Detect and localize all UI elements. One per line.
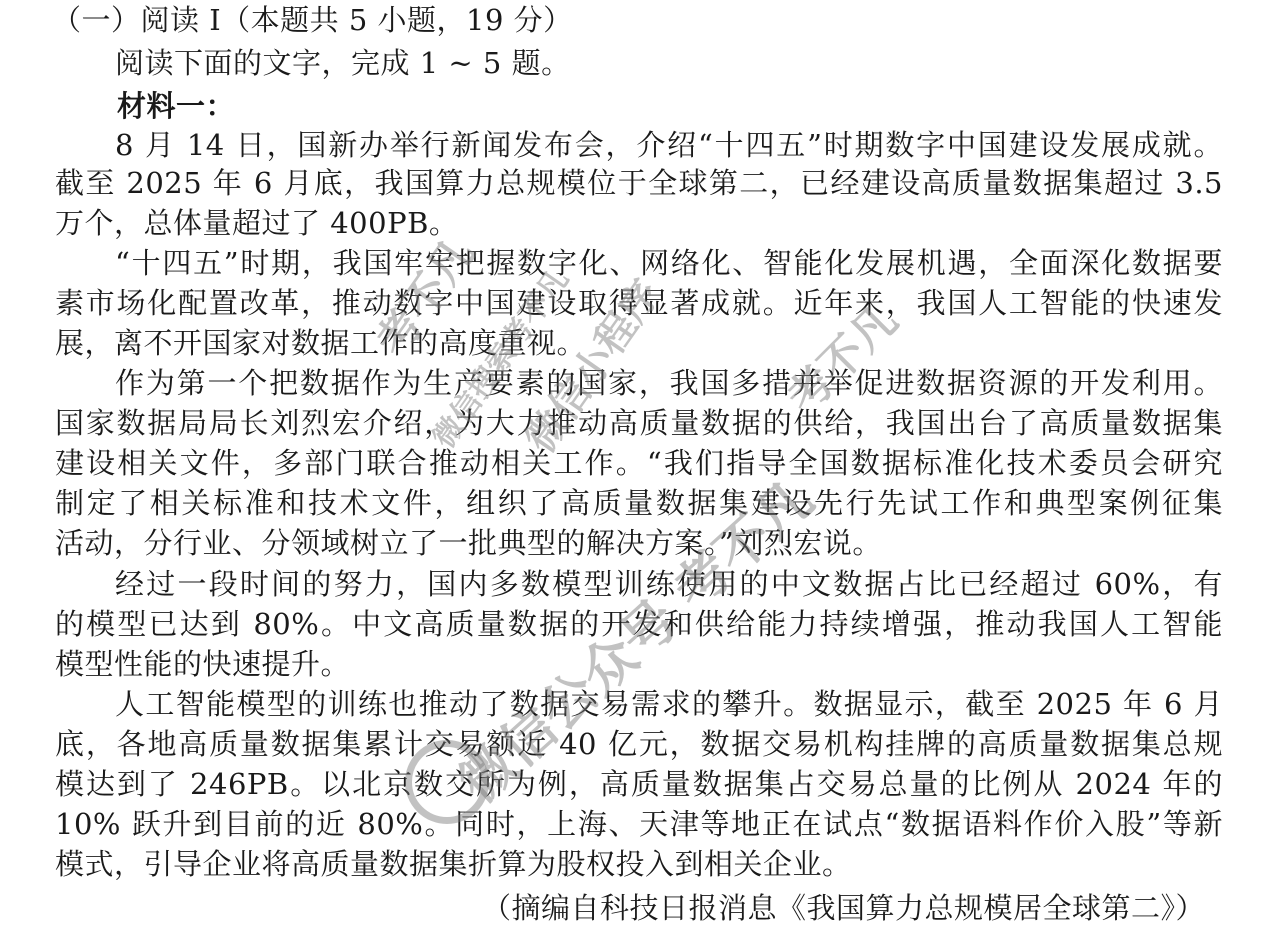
paragraph-line: 模型性能的快速提升。: [55, 644, 350, 684]
paragraph-line: 底，各地高质量数据集累计交易额近 40 亿元，数据交易机构挂牌的高质量数据集总规: [55, 724, 1223, 764]
paragraph-line: 8 月 14 日，国新办举行新闻发布会，介绍“十四五”时期数字中国建设发展成就。: [115, 125, 1223, 165]
paragraph-line: 经过一段时间的努力，国内多数模型训练使用的中文数据占比已经超过 60%，有: [115, 564, 1223, 604]
paragraph-line: 国家数据局局长刘烈宏介绍，为大力推动高质量数据的供给，我国出台了高质量数据集: [55, 403, 1223, 443]
paragraph-line: 截至 2025 年 6 月底，我国算力总规模位于全球第二，已经建设高质量数据集超…: [55, 163, 1223, 203]
paragraph-line: 模式，引导企业将高质量数据集折算为股权投入到相关企业。: [55, 844, 852, 884]
instruction-text: 阅读下面的文字，完成 1 ~ 5 题。: [115, 43, 571, 83]
paragraph-line: 素市场化配置改革，推动数字中国建设取得显著成就。近年来，我国人工智能的快速发: [55, 283, 1223, 323]
section-heading: （一）阅读 I（本题共 5 小题，19 分）: [52, 0, 573, 40]
source-citation: （摘编自科技日报消息《我国算力总规模居全球第二》）: [482, 888, 1205, 928]
exam-page: （一）阅读 I（本题共 5 小题，19 分） 阅读下面的文字，完成 1 ~ 5 …: [0, 0, 1286, 934]
paragraph-line: 人工智能模型的训练也推动了数据交易需求的攀升。数据显示，截至 2025 年 6 …: [115, 684, 1223, 724]
paragraph-line: 10% 跃升到目前的近 80%。同时，上海、天津等地正在试点“数据语料作价入股”…: [55, 804, 1223, 844]
paragraph-line: 的模型已达到 80%。中文高质量数据的开发和供给能力持续增强，推动我国人工智能: [55, 604, 1223, 644]
paragraph-line: 作为第一个把数据作为生产要素的国家，我国多措并举促进数据资源的开发利用。: [115, 363, 1223, 403]
paragraph-line: 模达到了 246PB。以北京数交所为例，高质量数据集占交易总量的比例从 2024…: [55, 764, 1223, 804]
paragraph-line: “十四五”时期，我国牢牢把握数字化、网络化、智能化发展机遇，全面深化数据要: [115, 243, 1223, 283]
material-label: 材料一：: [117, 86, 235, 126]
paragraph-line: 展，离不开国家对数据工作的高度重视。: [55, 323, 586, 363]
paragraph-line: 制定了相关标准和技术文件，组织了高质量数据集建设先行先试工作和典型案例征集: [55, 483, 1223, 523]
paragraph-line: 活动，分行业、分领域树立了一批典型的解决方案。”刘烈宏说。: [55, 523, 882, 563]
paragraph-line: 万个，总体量超过了 400PB。: [55, 203, 458, 243]
paragraph-line: 建设相关文件，多部门联合推动相关工作。“我们指导全国数据标准化技术委员会研究: [55, 443, 1223, 483]
